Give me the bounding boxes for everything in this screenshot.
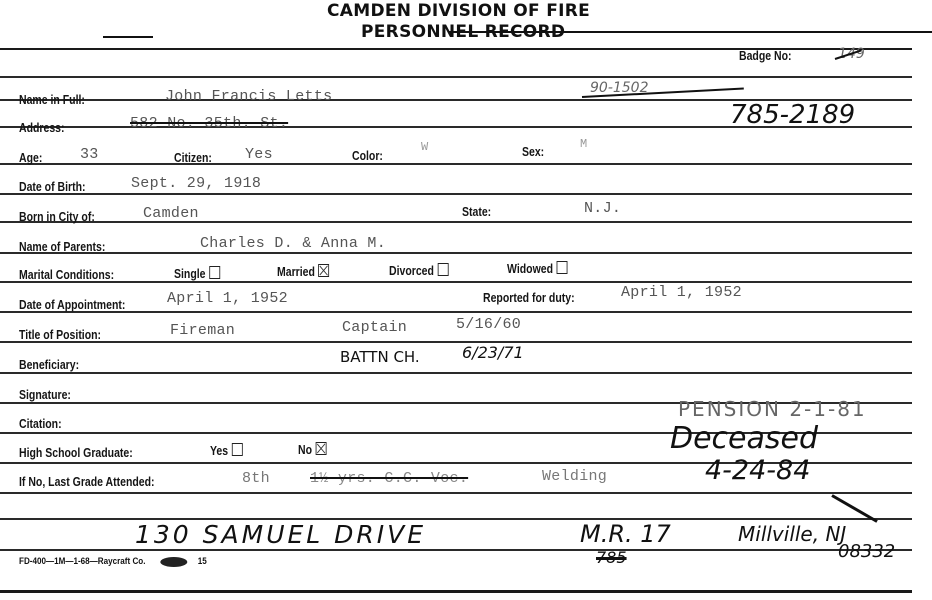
death-date: 4-24-84	[705, 455, 810, 486]
marital-option-single[interactable]: Single	[174, 266, 220, 281]
union-label-icon	[160, 557, 187, 567]
signature-label: Signature:	[19, 388, 71, 402]
color-value: W	[421, 140, 429, 154]
rule	[0, 252, 912, 254]
high-school-label: High School Graduate:	[19, 446, 133, 460]
struck-route-number: 785	[596, 548, 627, 567]
dob-value: Sept. 29, 1918	[131, 175, 261, 192]
phone-number: 785-2189	[730, 100, 855, 130]
no-checkbox[interactable]	[315, 442, 326, 455]
address-label: Address:	[19, 121, 65, 135]
name-label: Name in Full:	[19, 93, 85, 107]
state-value: N.J.	[584, 200, 621, 217]
new-address-city: Millville, NJ	[738, 522, 846, 546]
rule	[0, 311, 912, 313]
rule	[0, 492, 912, 494]
rule	[0, 281, 912, 283]
rule	[0, 341, 912, 343]
married-checkbox[interactable]	[318, 264, 329, 277]
form-title-line2: PERSONNEL RECORD	[361, 22, 932, 42]
new-address-zip: 08332	[838, 541, 895, 562]
rule	[0, 549, 912, 551]
address-value: 582 No. 35th. St.	[130, 115, 288, 132]
name-value: John Francis Letts	[165, 88, 332, 105]
color-label: Color:	[352, 149, 383, 163]
position-label: Title of Position:	[19, 328, 101, 342]
widowed-checkbox[interactable]	[556, 261, 567, 274]
pen-mark	[103, 36, 153, 38]
sex-label: Sex:	[522, 145, 544, 159]
divorced-checkbox[interactable]	[437, 263, 448, 276]
citizen-label: Citizen:	[174, 151, 212, 165]
form-footer: FD-400—1M—1-68—Raycraft Co.15	[19, 556, 207, 567]
pension-note: PENSION 2-1-81	[678, 397, 867, 421]
rule	[0, 163, 912, 165]
new-address-street: 130 SAMUEL DRIVE	[135, 520, 426, 549]
yes-checkbox[interactable]	[231, 443, 242, 456]
appointment-value: April 1, 1952	[167, 290, 288, 307]
union-number: 15	[198, 556, 207, 566]
rule	[0, 193, 912, 195]
reported-label: Reported for duty:	[483, 291, 575, 305]
sex-value: M	[580, 137, 588, 151]
battalion-chief-date: 6/23/71	[462, 343, 524, 362]
parents-value: Charles D. & Anna M.	[200, 235, 386, 252]
citizen-value: Yes	[245, 146, 273, 163]
born-city-label: Born in City of:	[19, 210, 95, 224]
last-grade-struck: 1½ yrs. C.C. Voc.	[310, 470, 468, 487]
single-checkbox[interactable]	[209, 266, 220, 279]
rule	[0, 76, 912, 78]
age-label: Age:	[19, 151, 42, 165]
last-grade-label: If No, Last Grade Attended:	[19, 475, 155, 489]
beneficiary-label: Beneficiary:	[19, 358, 79, 372]
form-title-line1: CAMDEN DIVISION OF FIRE	[327, 1, 590, 21]
promotion-date: 5/16/60	[456, 316, 521, 333]
badge-label: Badge No:	[739, 49, 792, 63]
form-code: FD-400—1M—1-68—Raycraft Co.	[19, 556, 145, 566]
trade-value: Welding	[542, 468, 607, 485]
rule	[0, 372, 912, 374]
marital-option-divorced[interactable]: Divorced	[389, 263, 448, 278]
state-label: State:	[462, 205, 491, 219]
card-bottom-edge	[0, 590, 912, 593]
last-grade-value: 8th	[242, 470, 270, 487]
marital-label: Marital Conditions:	[19, 268, 114, 282]
rule	[0, 221, 912, 223]
promotion-value: Captain	[342, 319, 407, 336]
parents-label: Name of Parents:	[19, 240, 105, 254]
appointment-label: Date of Appointment:	[19, 298, 125, 312]
new-address-route: M.R. 17	[580, 520, 671, 548]
reported-value: April 1, 1952	[621, 284, 742, 301]
citation-label: Citation:	[19, 417, 62, 431]
born-city-value: Camden	[143, 205, 199, 222]
age-value: 33	[80, 146, 99, 163]
dob-label: Date of Birth:	[19, 180, 86, 194]
deceased-note: Deceased	[670, 421, 818, 456]
battalion-chief-note: BATTN CH.	[340, 348, 420, 366]
high-school-no[interactable]: No	[298, 442, 326, 457]
marital-option-married[interactable]: Married	[277, 264, 329, 279]
high-school-yes[interactable]: Yes	[210, 443, 242, 458]
marital-option-widowed[interactable]: Widowed	[507, 261, 567, 276]
personnel-record-card: CAMDEN DIVISION OF FIRE PERSONNEL RECORD…	[0, 0, 932, 600]
position-value: Fireman	[170, 322, 235, 339]
